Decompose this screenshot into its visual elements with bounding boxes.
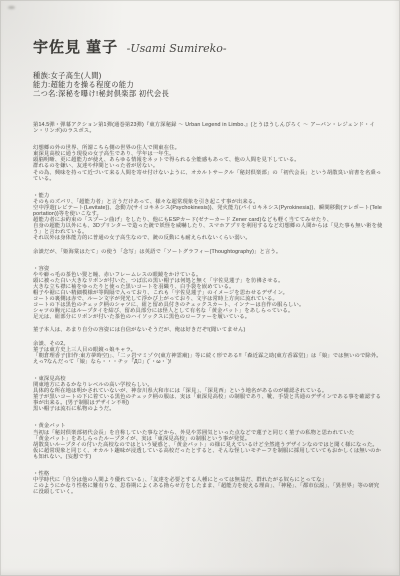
body-line: 菫子本人は、あまり自分の容姿には自信がないそうだが、俺は好きだぞ!(聞いてません… [33,327,384,333]
section-appearance: ・容姿 やや癖っ毛の茶色い髪と瞳、赤いフレームレスの眼鏡をかけている。 頭に被っ… [33,266,384,321]
body-line: 仮に超常現象と同じく、オカルト趣味が浸透している高校だったとすると、そんな怪しい… [33,448,384,460]
body-line: 菫子が黒いコートの下に着ている黒色のチェック柄の服は、実は「東深見高校」の制服で… [33,394,384,406]
scan-artifact [8,6,15,9]
profile-species: 種族:女子高生(人間) [33,71,384,80]
body-line: 胡散臭いループタイの付いた高校なのではという疑惑と、「黄金バット」の様に見えてい… [33,442,384,448]
profile-ability: 能力:超能力を操る程度の能力 [33,80,384,89]
trivia-paragraph-1: 余談だが、「姫海棠はたて」の使う「念写」は英語で「ソートグラフィー(Though… [33,249,384,255]
overview-paragraph: 幻想郷の外の世界、所謂こちら側の世界の住人で関東在住。 東深見高校に通う現役の女… [33,145,384,182]
profile-block: 種族:女子高生(人間) 能力:超能力を操る程度の能力 二つ名:深秘を曝け!秘封倶… [33,71,384,98]
body-line: 足元は、紐部分にリボンが付いた茶色のハイソックスに黒色のローファーを履いている。 [33,314,384,320]
section-golden-bat: ・黄金バット 当初は「秘封倶楽部初代会長」を自称していた事などから、外見や雰囲気… [33,423,384,460]
body-line: その為、興味を持って近づいて来る人間を寄せ付けないように、オカルトサークル「秘封… [33,170,384,182]
document-page: 宇佐見 菫子 -Usami Sumireko- 種族:女子高生(人間) 能力:超… [0,0,400,576]
profile-nickname: 二つ名:深秘を曝け!秘封倶楽部 初代会長 [33,89,384,98]
body-line: 第14.5弾・弾幕アクション第1弾(通巻第23弾)『東方深秘録 〜 Urban … [33,122,384,134]
page-title: 宇佐見 菫子 -Usami Sumireko- [33,36,384,57]
character-name-romaji: -Usami Sumireko- [127,42,227,55]
body-line: 「朝倉理香子(旧作:東方夢時空)」、「二ッ岩マミゾウ(東方神霊廟)」等に続く形で… [33,353,384,359]
body-line: 当初は「秘封倶楽部初代会長」を自称していた事などから、外見や雰囲気といった点など… [33,430,384,436]
self-image-paragraph: 菫子本人は、あまり自分の容姿には自信がないそうだが、俺は好きだぞ!(聞いてません… [33,327,384,333]
body-line: それ以外は身体能力的に普通の女子高生なので、銃の反動にも耐えられないくらい弱い。 [33,235,384,241]
body-line: 自身の超能力以外にも、3Dプリンターで造った銃で妖怪を威嚇したり、スマホアプリを… [33,223,384,235]
body-line: 空中浮遊(レビテート(Levitate))、念動力(サイコキネシス(Psycho… [33,205,384,217]
section-personality: ・性格 中学時代に「自分は他の人間より優れている」、「友達を必要とする人種にとっ… [33,471,384,495]
intro-paragraph: 第14.5弾・弾幕アクション第1弾(通巻第23弾)『東方深秘録 〜 Urban … [33,122,384,134]
section-school: ・東深見高校 関東地方にあるかなりレベルの高い学校らしい。 具体的な所在地は明か… [33,376,384,413]
body-line: このようにかなり性格に難有りな、思春期によくある拗らせ方をしたまま、「超能力を使… [33,483,384,495]
body-line: 余談だが、「姫海棠はたて」の使う「念写」は英語で「ソートグラフィー(Though… [33,249,384,255]
section-ability: ・能力 そのものズバリ、「超能力者」と言うだけあって、様々な超常現象を引き起こす… [33,193,384,242]
body-line: 黒い帽子は流石に私物のようだ。 [33,406,384,412]
character-name-kanji: 宇佐見 菫子 [33,39,118,56]
trivia-paragraph-2: 余談、その2。 菫子は東方史上三人目の眼鏡っ娘キャラ。 「朝倉理香子(旧作:東方… [33,341,384,365]
body-line: えっ?なんだって「娘」なら・・・チッ「゚Д゚」(´・ω・`)! [33,359,384,365]
